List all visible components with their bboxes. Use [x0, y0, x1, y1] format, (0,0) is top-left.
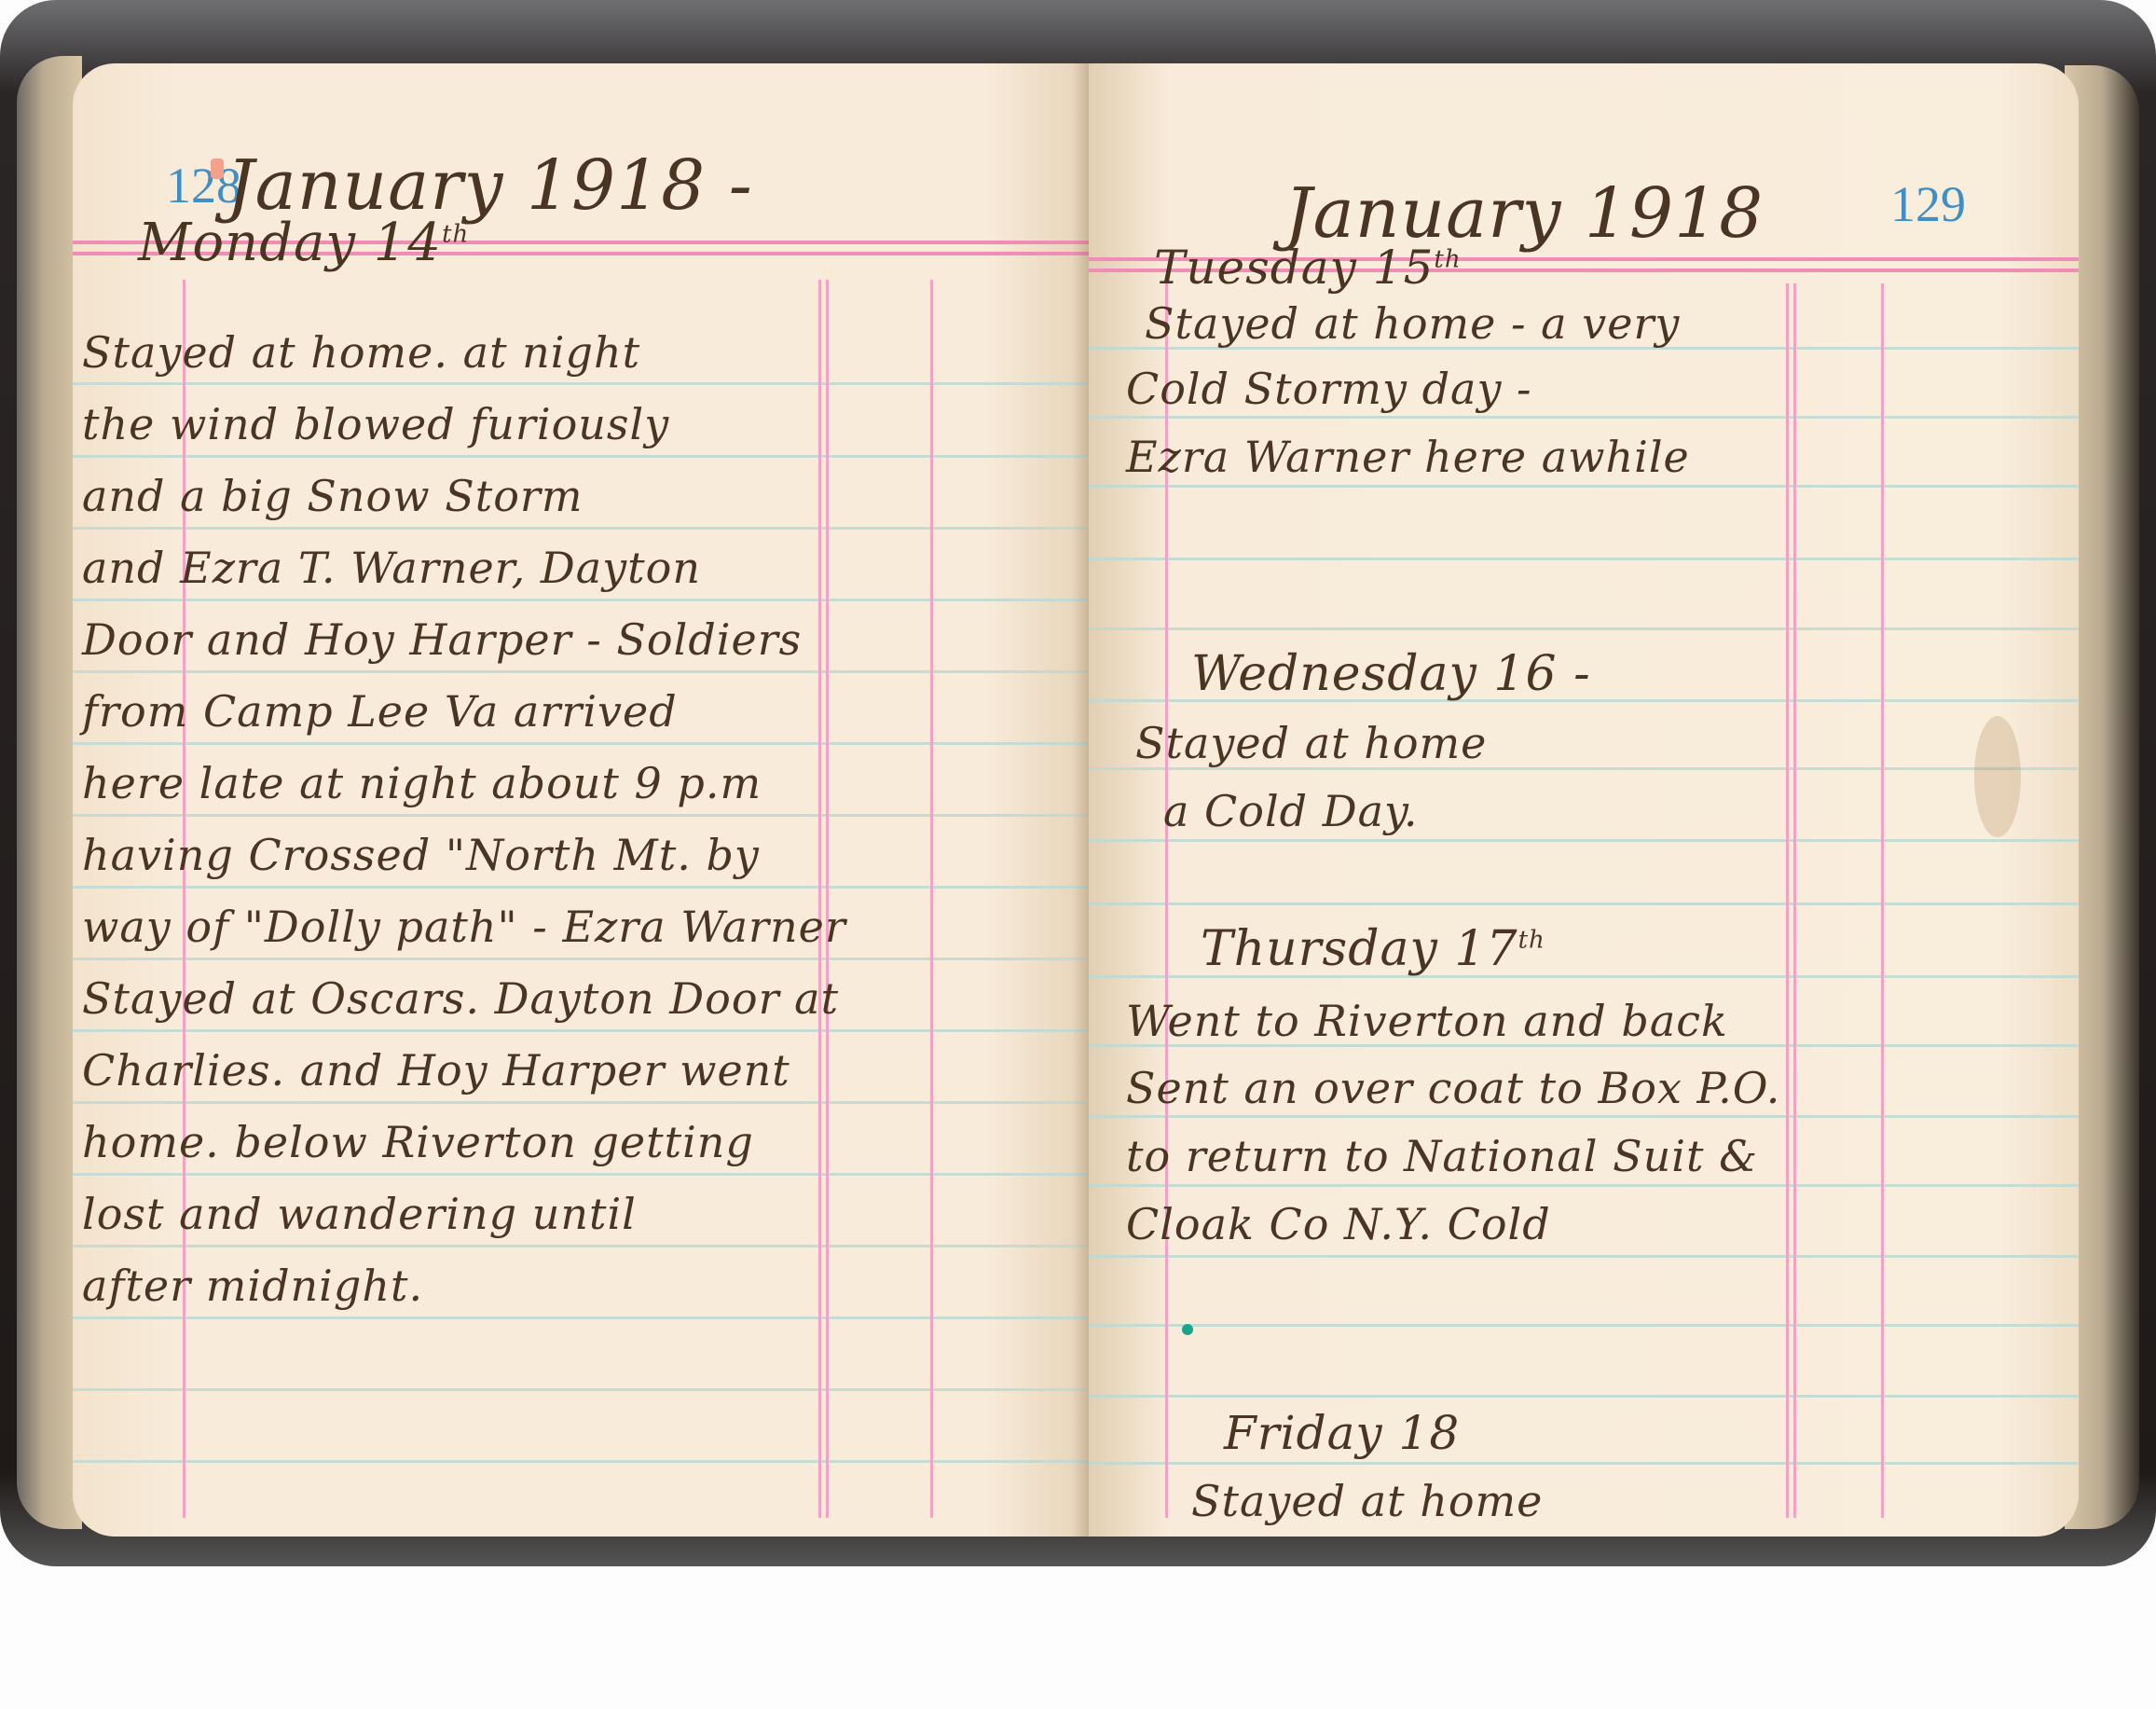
entry-line: Charlies. and Hoy Harper went [82, 1045, 790, 1096]
entry-line: home. below Riverton getting [82, 1117, 754, 1167]
entry-line: Ezra Warner here awhile [1126, 432, 1690, 482]
column-line [183, 280, 185, 1518]
page-number: 129 [1890, 175, 1966, 233]
ruled-line [1089, 1395, 2079, 1398]
ruled-line [73, 1245, 1089, 1247]
ruled-line [73, 1388, 1089, 1391]
column-line [1786, 283, 1789, 1518]
ruled-line [1089, 1115, 2079, 1118]
entry-line: Stayed at home [1135, 718, 1487, 768]
column-line [1793, 283, 1796, 1518]
entry-line: way of "Dolly path" - Ezra Warner [82, 902, 846, 952]
entry-line: Door and Hoy Harper - Soldiers [82, 614, 802, 665]
ruled-line [73, 814, 1089, 817]
ruled-line [73, 455, 1089, 458]
ruled-line [1089, 416, 2079, 419]
entry-line: lost and wandering until [82, 1189, 637, 1239]
ruled-line [73, 382, 1089, 385]
ruled-line [1089, 1184, 2079, 1187]
entry-line: Cloak Co N.Y. Cold [1126, 1199, 1551, 1249]
entry-line: Went to Riverton and back [1126, 996, 1728, 1046]
entry-day-heading: Wednesday 16 - [1191, 646, 1591, 702]
right-page: 129 January 1918 Tuesday 15th Stayed at … [1089, 63, 2079, 1537]
entry-day-heading: Monday 14th [138, 213, 469, 273]
entry-day-heading: Friday 18 [1224, 1406, 1460, 1460]
day-suffix: th [1434, 245, 1461, 273]
entry-line: Stayed at home [1191, 1476, 1543, 1526]
ruled-line [73, 886, 1089, 889]
ink-mark [211, 158, 224, 179]
ruled-line [1089, 1324, 2079, 1327]
column-line [930, 280, 933, 1518]
ruled-line [73, 1029, 1089, 1032]
entry-line: Cold Stormy day - [1126, 364, 1532, 414]
entry-line: having Crossed "North Mt. by [82, 830, 760, 880]
entry-line: to return to National Suit & [1126, 1131, 1758, 1181]
left-page: 128 January 1918 - Monday 14th Stayed at… [73, 63, 1089, 1537]
ruled-line [1089, 1255, 2079, 1258]
day-label: Thursday 17 [1201, 921, 1518, 977]
entry-line: and Ezra T. Warner, Dayton [82, 543, 701, 593]
day-label: Wednesday 16 - [1191, 646, 1591, 702]
ruled-line [1089, 839, 2079, 842]
ruled-line [73, 670, 1089, 673]
entry-line: a Cold Day. [1163, 786, 1419, 836]
ruled-line [73, 1460, 1089, 1463]
ruled-line [73, 742, 1089, 745]
day-suffix: th [442, 220, 469, 248]
column-line [826, 280, 829, 1518]
ruled-line [1089, 558, 2079, 560]
ruled-line [73, 1101, 1089, 1104]
ruled-line [1089, 903, 2079, 905]
ruled-line [73, 599, 1089, 601]
day-suffix: th [1518, 927, 1545, 955]
entry-line: from Camp Lee Va arrived [82, 686, 678, 737]
entry-day-heading: Thursday 17th [1201, 921, 1545, 977]
ruled-line [73, 1316, 1089, 1319]
entry-line: Stayed at home - a very [1145, 298, 1680, 349]
ruled-line [1089, 627, 2079, 630]
entry-line: here late at night about 9 p.m [82, 758, 762, 808]
entry-line: and a big Snow Storm [82, 471, 584, 521]
ruled-line [73, 1173, 1089, 1176]
entry-line: Stayed at Oscars. Dayton Door at [82, 973, 839, 1024]
day-label: Monday 14 [138, 213, 442, 273]
entry-day-heading: Tuesday 15th [1154, 241, 1462, 295]
entry-line: Sent an over coat to Box P.O. [1126, 1063, 1780, 1113]
entry-line: the wind blowed furiously [82, 399, 669, 449]
entry-line: after midnight. [82, 1261, 423, 1311]
column-line [1881, 283, 1884, 1518]
ruled-line [73, 527, 1089, 530]
ink-mark [1182, 1324, 1193, 1335]
day-label: Friday 18 [1224, 1406, 1460, 1460]
ruled-line [1089, 485, 2079, 488]
water-stain [1974, 716, 2021, 837]
column-line [818, 280, 821, 1518]
entry-line: Stayed at home. at night [82, 327, 640, 378]
ruled-line [1089, 1462, 2079, 1465]
ruled-line [73, 958, 1089, 960]
day-label: Tuesday 15 [1154, 241, 1434, 295]
